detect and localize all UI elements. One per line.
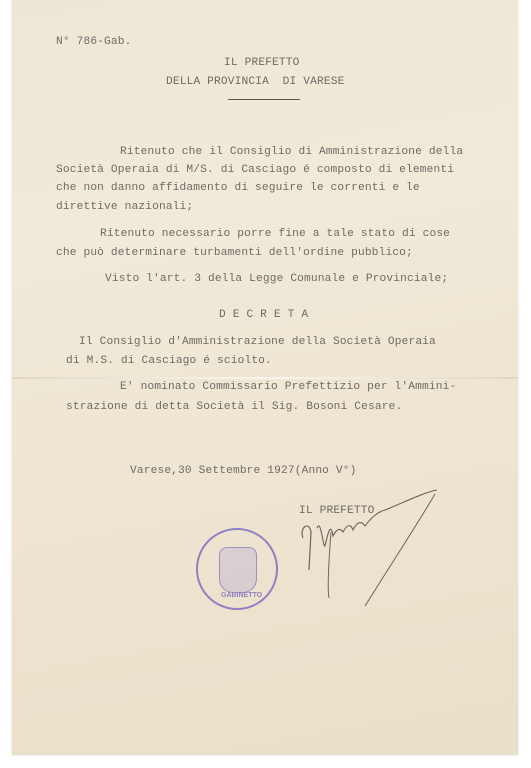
header-subtitle: DELLA PROVINCIA DI VARESE <box>166 76 344 88</box>
date-line: Varese,30 Settembre 1927(Anno V°) <box>130 465 357 477</box>
header-title: IL PREFETTO <box>224 57 300 69</box>
preamble-line: Ritenuto necessario porre fine a tale st… <box>100 228 450 240</box>
preamble-line: direttive nazionali; <box>56 201 193 213</box>
header-rule <box>228 99 300 100</box>
decree-line: E' nominato Commissario Prefettizio per … <box>120 381 456 393</box>
preamble-line: Ritenuto che il Consiglio di Amministraz… <box>120 146 463 158</box>
coat-of-arms-icon <box>219 547 257 593</box>
paper-fold-line <box>12 377 518 379</box>
protocol-number: N° 786-Gab. <box>56 36 132 48</box>
decree-line: di M.S. di Casciago é sciolto. <box>66 355 272 367</box>
preamble-line: Società Operaia di M/S. di Casciago é co… <box>56 164 454 176</box>
stamp-bottom-text: GABINETTO <box>221 592 262 599</box>
decree-heading: D E C R E T A <box>219 309 308 321</box>
decree-line: Il Consiglio d'Amministrazione della Soc… <box>79 336 436 348</box>
preamble-line: che non danno affidamento di seguire le … <box>56 182 420 194</box>
preamble-line: che può determinare turbamenti dell'ordi… <box>56 247 413 259</box>
decree-line: strazione di detta Società il Sig. Boson… <box>66 401 402 413</box>
signature-icon <box>295 488 445 608</box>
preamble-line: Visto l'art. 3 della Legge Comunale e Pr… <box>105 273 448 285</box>
